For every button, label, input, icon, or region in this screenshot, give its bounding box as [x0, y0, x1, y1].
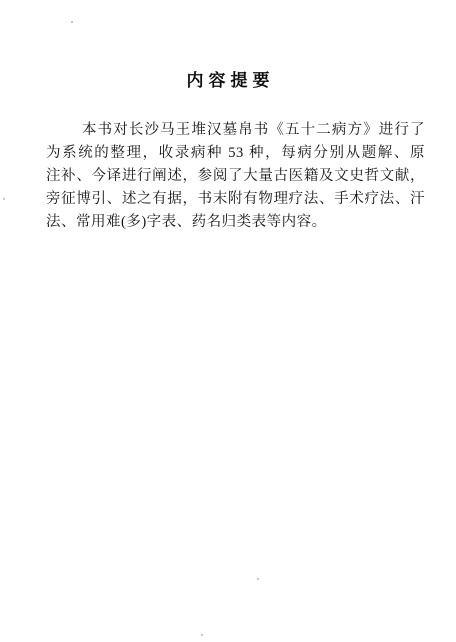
paragraph-line: 法、常用难(多)字表、药名归类表等内容。 [46, 211, 425, 234]
page-title: 内容提要 [0, 66, 456, 91]
scan-speck [3, 198, 5, 200]
paragraph-line: 本书对长沙马王堆汉墓帛书《五十二病方》进行了较 [46, 119, 425, 142]
scan-speck [257, 578, 259, 580]
book-page: 内容提要 本书对长沙马王堆汉墓帛书《五十二病方》进行了较 为系统的整理，收录病种… [0, 0, 456, 642]
paragraph-line: 注补、今译进行阐述，参阅了大量古医籍及文史哲文献， [46, 165, 425, 188]
scan-speck [71, 21, 73, 23]
paragraph-line: 为系统的整理，收录病种 53 种，每病分别从题解、原文、 [46, 142, 425, 165]
summary-paragraph: 本书对长沙马王堆汉墓帛书《五十二病方》进行了较 为系统的整理，收录病种 53 种… [46, 119, 425, 234]
paragraph-line: 旁征博引、述之有据，书末附有物理疗法、手术疗法、汗 [46, 188, 425, 211]
scan-speck [201, 634, 203, 636]
